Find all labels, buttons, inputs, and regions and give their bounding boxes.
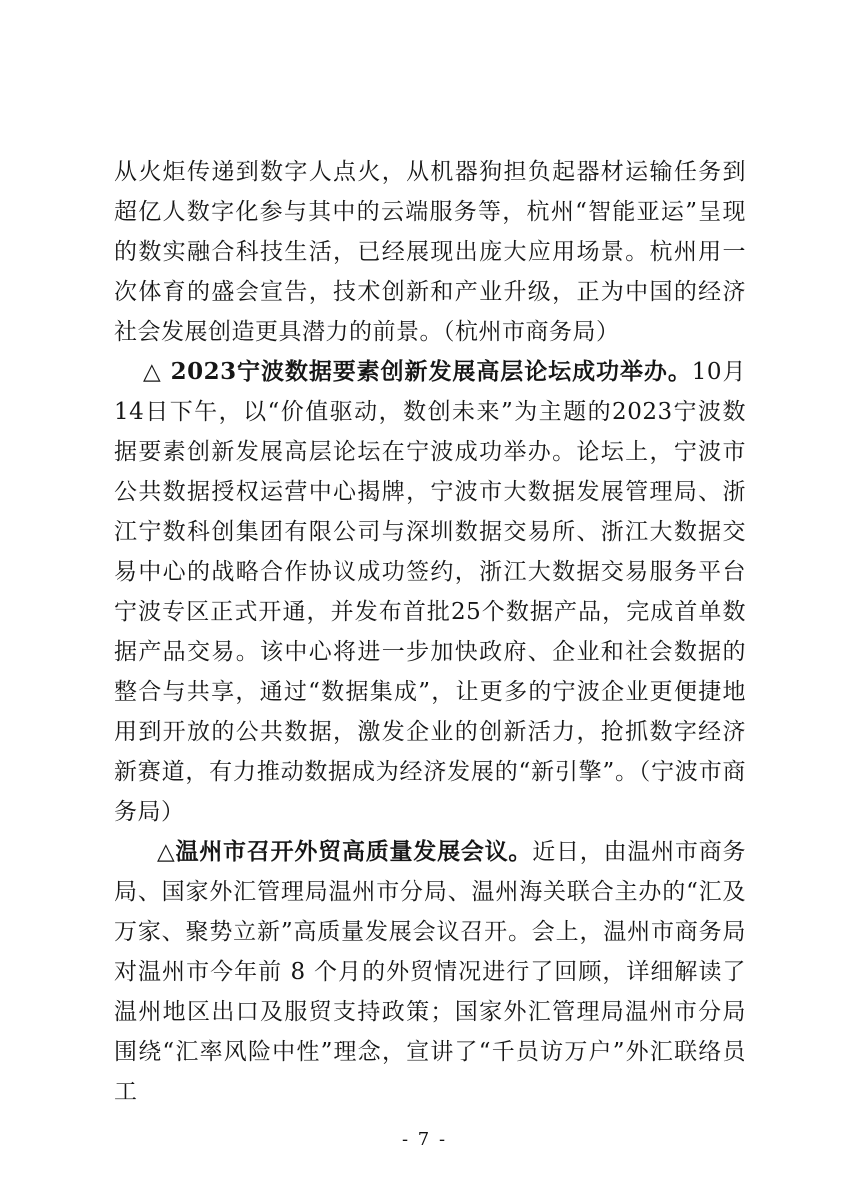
news-item-title: △ 2023宁波数据要素创新发展高层论坛成功举办。 [143,358,692,385]
page-number: - 7 - [0,1126,849,1154]
document-page: 从火炬传递到数字人点火，从机器狗担负起器材运输任务到超亿人数字化参与其中的云端服… [0,0,849,1200]
document-body: 从火炬传递到数字人点火，从机器狗担负起器材运输任务到超亿人数字化参与其中的云端服… [114,152,746,1112]
paragraph-text: 10月14日下午，以“价值驱动，数创未来”为主题的2023宁波数据要素创新发展高… [114,359,746,825]
news-item-ningbo: △ 2023宁波数据要素创新发展高层论坛成功举办。10月14日下午，以“价值驱动… [114,352,746,832]
paragraph-text: 从火炬传递到数字人点火，从机器狗担负起器材运输任务到超亿人数字化参与其中的云端服… [114,159,746,345]
paragraph-continuation: 从火炬传递到数字人点火，从机器狗担负起器材运输任务到超亿人数字化参与其中的云端服… [114,152,746,352]
news-item-wenzhou: △温州市召开外贸高质量发展会议。近日，由温州市商务局、国家外汇管理局温州市分局、… [114,832,746,1112]
news-item-title: △温州市召开外贸高质量发展会议。 [157,838,532,865]
paragraph-text: 近日，由温州市商务局、国家外汇管理局温州市分局、温州海关联合主办的“汇及万家、聚… [114,839,746,1105]
